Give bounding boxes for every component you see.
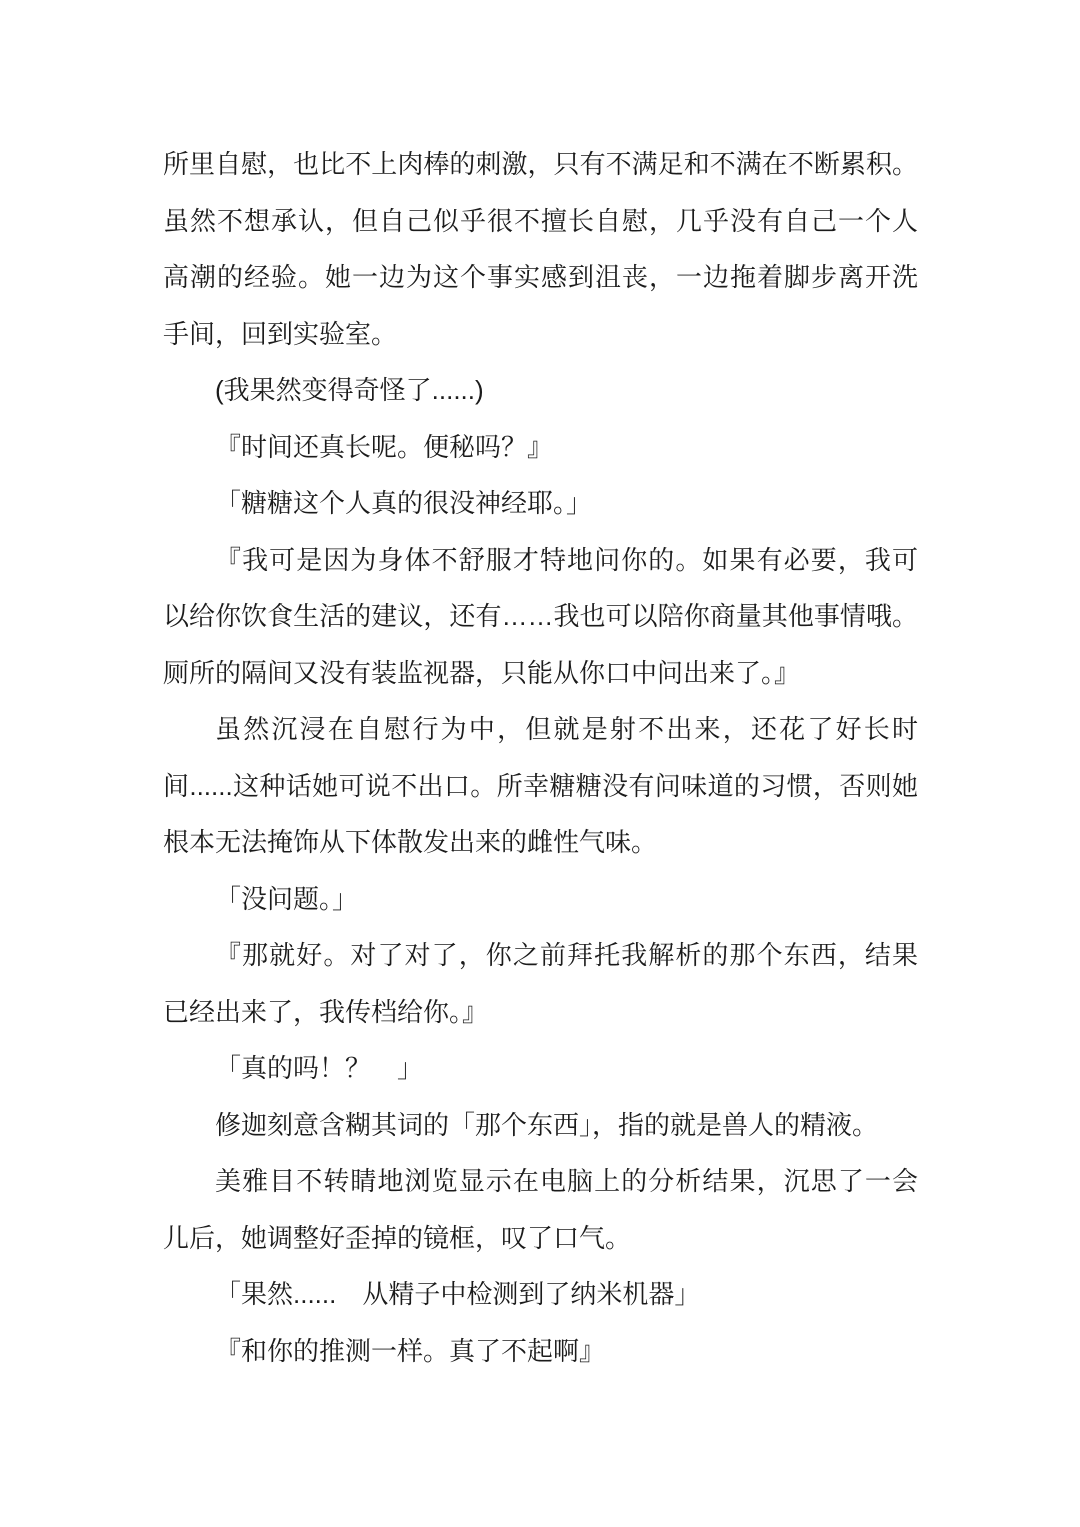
text-line: 「没问题。」 [163,871,918,928]
text-line: 『时间还真长呢。便秘吗？』 [163,419,918,476]
text-line: 厕所的隔间又没有装监视器，只能从你口中问出来了。』 [163,645,918,702]
text-line: 「真的吗！？ 」 [163,1040,918,1097]
text-line: 美雅目不转睛地浏览显示在电脑上的分析结果，沉思了一会 [163,1153,918,1210]
text-line: 手间，回到实验室。 [163,306,918,363]
text-line: 『和你的推测一样。真了不起啊』 [163,1323,918,1380]
text-line: 根本无法掩饰从下体散发出来的雌性气味。 [163,814,918,871]
text-line: 『那就好。对了对了，你之前拜托我解析的那个东西，结果 [163,927,918,984]
text-line: 高潮的经验。她一边为这个事实感到沮丧，一边拖着脚步离开洗 [163,249,918,306]
text-line: 虽然不想承认，但自己似乎很不擅长自慰，几乎没有自己一个人 [163,193,918,250]
text-line: (我果然变得奇怪了......) [163,362,918,419]
text-line: 间......这种话她可说不出口。所幸糖糖没有问味道的习惯，否则她 [163,758,918,815]
text-line: 所里自慰，也比不上肉棒的刺激，只有不满足和不满在不断累积。 [163,136,918,193]
text-line: 「糖糖这个人真的很没神经耶。」 [163,475,918,532]
text-block: 所里自慰，也比不上肉棒的刺激，只有不满足和不满在不断累积。 虽然不想承认，但自己… [163,136,918,1379]
text-line: 修迦刻意含糊其词的「那个东西」，指的就是兽人的精液。 [163,1097,918,1154]
document-page: 所里自慰，也比不上肉棒的刺激，只有不满足和不满在不断累积。 虽然不想承认，但自己… [0,0,1080,1527]
text-line: 已经出来了，我传档给你。』 [163,984,918,1041]
text-line: 「果然...... 从精子中检测到了纳米机器」 [163,1266,918,1323]
text-line: 儿后，她调整好歪掉的镜框，叹了口气。 [163,1210,918,1267]
text-line: 以给你饮食生活的建议，还有……我也可以陪你商量其他事情哦。 [163,588,918,645]
text-line: 虽然沉浸在自慰行为中，但就是射不出来，还花了好长时 [163,701,918,758]
text-line: 『我可是因为身体不舒服才特地问你的。如果有必要，我可 [163,532,918,589]
